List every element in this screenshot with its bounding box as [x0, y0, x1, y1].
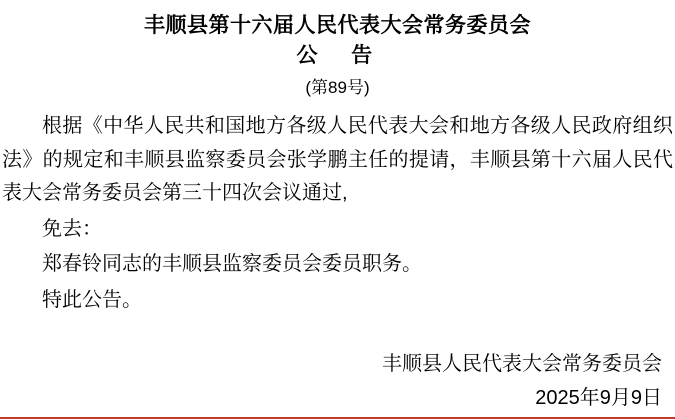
bottom-divider-line	[0, 417, 675, 419]
signature-date: 2025年9月9日	[0, 382, 662, 416]
signature-block: 丰顺县人民代表大会常务委员会 2025年9月9日	[0, 348, 675, 415]
paragraph-closing: 特此公告。	[2, 284, 673, 318]
paragraph-dismissal-lead: 免去：	[2, 213, 673, 247]
signature-org: 丰顺县人民代表大会常务委员会	[0, 348, 662, 382]
body-text: 根据《中华人民共和国地方各级人民代表大会和地方各级人民政府组织法》的规定和丰顺县…	[2, 110, 673, 317]
announcement-title: 公 告	[2, 42, 673, 70]
announcement-document: 丰顺县第十六届人民代表大会常务委员会 公 告 (第89号) 根据《中华人民共和国…	[0, 0, 675, 420]
doc-number: (第89号)	[2, 76, 673, 100]
paragraph-dismissal-detail: 郑春铃同志的丰顺县监察委员会委员职务。	[2, 248, 673, 282]
org-title: 丰顺县第十六届人民代表大会常务委员会	[2, 12, 673, 40]
paragraph-basis: 根据《中华人民共和国地方各级人民代表大会和地方各级人民政府组织法》的规定和丰顺县…	[2, 110, 673, 211]
